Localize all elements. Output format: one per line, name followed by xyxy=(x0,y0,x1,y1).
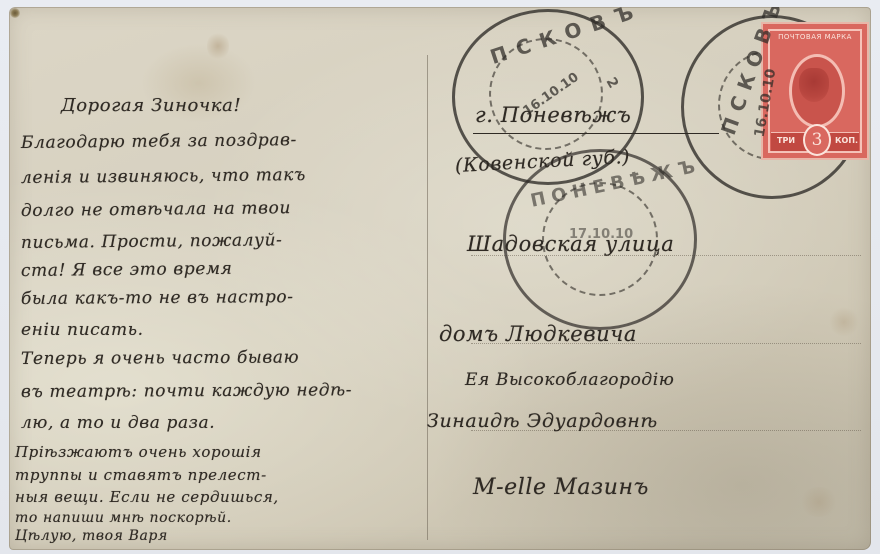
message-line: труппы и ставятъ прелест- xyxy=(15,466,267,484)
address-street: Шадовская улица xyxy=(467,232,674,256)
stamp-top-text: ПОЧТОВАЯ МАРКА xyxy=(777,33,853,47)
message-line: ста! Я все это время xyxy=(21,259,233,281)
address-city-underline xyxy=(473,133,719,134)
message-signature: Цѣлую, твоя Варя xyxy=(15,528,168,544)
message-line: то напиши мнѣ поскорѣй. xyxy=(15,510,232,526)
message-line: была какъ-то не въ настро- xyxy=(21,287,294,309)
stain xyxy=(829,307,859,337)
message-line: Благодарю тебя за поздрав- xyxy=(21,130,297,153)
stamp-value: 3 xyxy=(803,124,831,156)
message-line: въ театрѣ: почти каждую недѣ- xyxy=(21,380,352,402)
stain xyxy=(799,487,839,517)
postage-stamp: ПОЧТОВАЯ МАРКА ТРИ КОП. 3 xyxy=(763,24,867,158)
postcard: Дорогая Зиночка! Благодарю тебя за поздр… xyxy=(9,7,871,550)
stain xyxy=(207,31,229,61)
photo-background: Дорогая Зиночка! Благодарю тебя за поздр… xyxy=(0,0,880,554)
message-line: лю, а то и два раза. xyxy=(21,413,215,433)
stamp-word-right: КОП. xyxy=(835,136,858,145)
center-divider-line xyxy=(427,55,428,540)
double-headed-eagle-icon xyxy=(799,68,829,102)
address-house: домъ Людкевича xyxy=(439,322,637,346)
message-line: ныя вещи. Если не сердишься, xyxy=(15,488,279,506)
address-city: г. Поневѣжъ xyxy=(475,103,631,127)
corner-wear xyxy=(10,8,20,18)
address-recipient-surname: M-elle Мазинъ xyxy=(473,475,649,500)
stamp-word-left: ТРИ xyxy=(777,136,795,145)
message-line: ленія и извиняюсь, что такъ xyxy=(21,165,306,188)
message-line: долго не отвѣчала на твои xyxy=(21,198,291,221)
message-line: еніи писать. xyxy=(21,320,144,340)
address-recipient-name: Зинаидѣ Эдуардовнѣ xyxy=(427,410,658,432)
message-line: письма. Прости, пожалуй- xyxy=(21,230,283,253)
address-honorific: Ея Высокоблагородію xyxy=(465,370,674,390)
message-line: Теперь я очень часто бываю xyxy=(21,348,299,369)
message-line: Пріѣзжаютъ очень хорошія xyxy=(15,443,262,461)
message-greeting: Дорогая Зиночка! xyxy=(61,95,241,116)
